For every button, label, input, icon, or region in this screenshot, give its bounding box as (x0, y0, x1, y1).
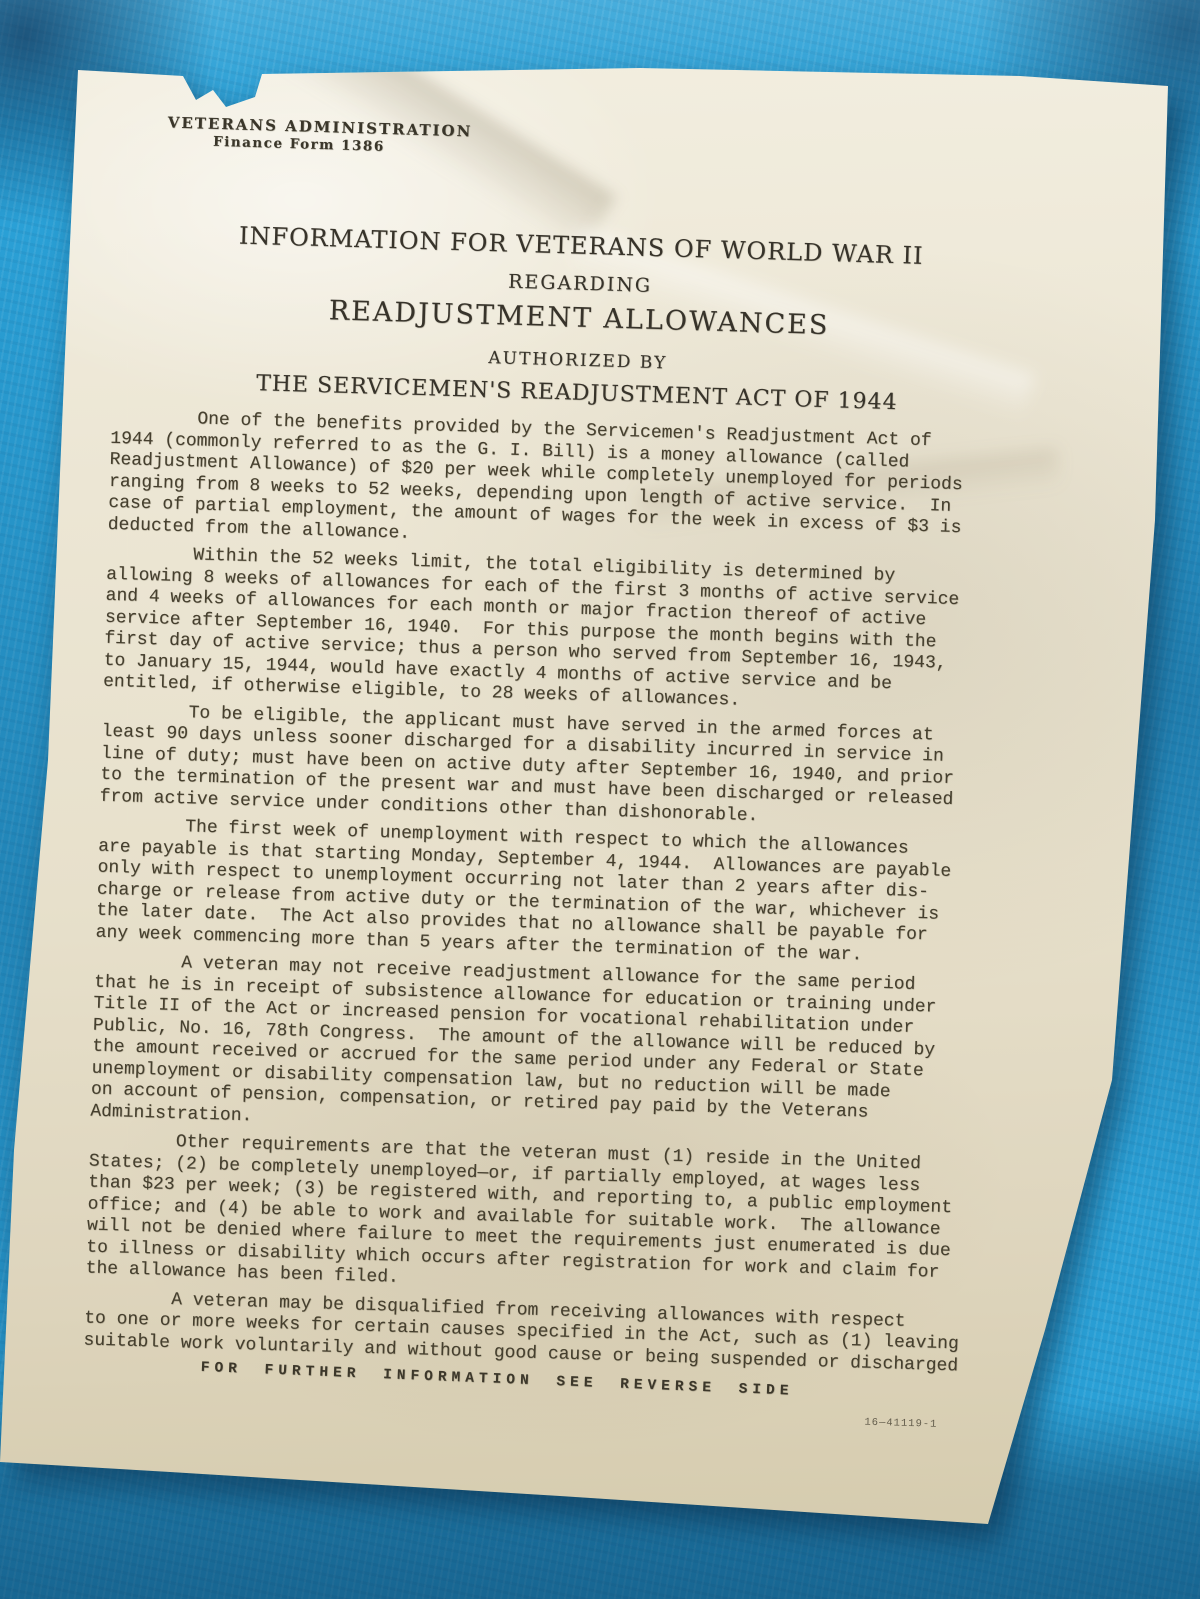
body-text: One of the benefits provided by the Serv… (83, 407, 1041, 1379)
paragraph-2: Within the 52 weeks limit, the total eli… (103, 543, 1037, 721)
document-content: VETERANS ADMINISTRATION Finance Form 138… (82, 112, 1050, 1433)
print-code: 16—41119-1 (864, 1417, 937, 1431)
paragraph-6: Other requirements are that the veteran … (85, 1130, 1019, 1308)
paragraph-3: To be eligible, the applicant must have … (99, 700, 1032, 835)
paragraph-1: One of the benefits provided by the Serv… (107, 407, 1040, 564)
photo-scene: VETERANS ADMINISTRATION Finance Form 138… (0, 0, 1200, 1599)
paragraph-5: A veteran may not receive readjustment a… (90, 951, 1025, 1151)
title-block: INFORMATION FOR VETERANS OF WORLD WAR II… (112, 217, 1047, 423)
paragraph-4: The first week of unemployment with resp… (95, 815, 1028, 972)
